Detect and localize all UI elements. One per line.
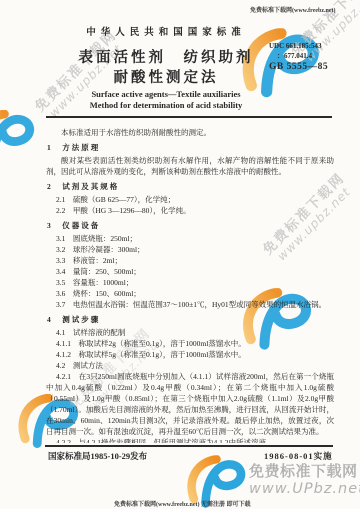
issue-date: 国家标准局1985-10-29发布 — [48, 450, 147, 462]
national-standard-label: 中华人民共和国国家标准 — [0, 24, 332, 38]
list-item: 2.1 硫酸（GB 625—77），化学纯； — [56, 194, 334, 205]
list-item: 3.6 烧杯：150、600ml； — [56, 288, 334, 299]
clause-4-2-2-text: 4.2.2 与4.2.1操作步骤相同，但所用测试溶液为4.1.2中所述溶液。 — [46, 437, 334, 443]
section-3-title: 3 仪器设备 — [47, 220, 334, 231]
udc-code-line1: UDC 661.185:543 — [269, 42, 322, 50]
list-item: 4.2 测试方法 — [56, 360, 334, 371]
list-item: 3.1 圆底烧瓶：250ml； — [56, 233, 334, 244]
implementation-date: 1986-08-01实施 — [264, 450, 333, 462]
scope-paragraph: 本标准适用于水溶性纺织助剂耐酸性的测定。 — [46, 127, 334, 138]
list-item: 3.2 球形冷凝器：300ml； — [56, 244, 334, 255]
list-item: 3.3 移液管：2ml； — [56, 255, 334, 266]
clause-4-2-1-text: 4.2.1 在3只250ml圆底烧瓶中分别加入（4.1.1）试样溶液200ml，… — [46, 371, 334, 437]
title-en-line1: Surface active agents—Textile auxiliarie… — [0, 89, 332, 99]
standard-document-page: 免费标准下载网 www.upbz.net 免费标准下载网 www.upbz.ne… — [0, 0, 360, 509]
list-item: 3.5 容量瓶：1000ml； — [56, 277, 334, 288]
standard-number: GB 5555—85 — [269, 62, 328, 72]
document-content: 免费标准下载网(www.freebz.net) 中华人民共和国国家标准 表面活性… — [0, 0, 360, 509]
header-rule — [46, 116, 332, 118]
footer-rule — [45, 445, 333, 447]
list-item: 4.1.1 称取试样2g（称准至0.1g），溶于1000ml蒸馏水中。 — [56, 338, 334, 349]
title-en-line2: Method for determination of acid stabili… — [0, 100, 332, 110]
bottom-site-note: 免费标准下载网(www.freebz.net) 无需注册 即可下载 — [114, 499, 251, 508]
section-4-title: 4 测试步骤 — [47, 314, 334, 325]
list-item: 4.1.2 称取试样5g（称准至0.1g），溶于1000ml蒸馏水中。 — [56, 349, 334, 360]
top-site-note: 免费标准下载网(www.freebz.net) — [250, 5, 336, 14]
list-item: 2.2 甲酸（HG 3—1296—80），化学纯。 — [56, 205, 334, 216]
list-item: 3.7 电热恒温水浴锅：恒温范围37～100±1℃，Hy01型或同等效果的恒温水… — [56, 299, 334, 310]
section-1-title: 1 方法原理 — [47, 142, 334, 153]
section-1-text: 酸对某些表面活性剂类纺织助剂有水解作用，水解产物的溶解性能不同于原来助剂，因此可… — [46, 155, 334, 177]
document-body: 本标准适用于水溶性纺织助剂耐酸性的测定。 1 方法原理 酸对某些表面活性剂类纺织… — [46, 127, 334, 443]
list-item: 4.1 试样溶液的配制 — [56, 327, 334, 338]
udc-code-line2: ：677.041.4 — [277, 51, 312, 61]
section-2-title: 2 试剂及其规格 — [47, 181, 334, 192]
list-item: 3.4 量筒：250、500ml； — [56, 266, 334, 277]
